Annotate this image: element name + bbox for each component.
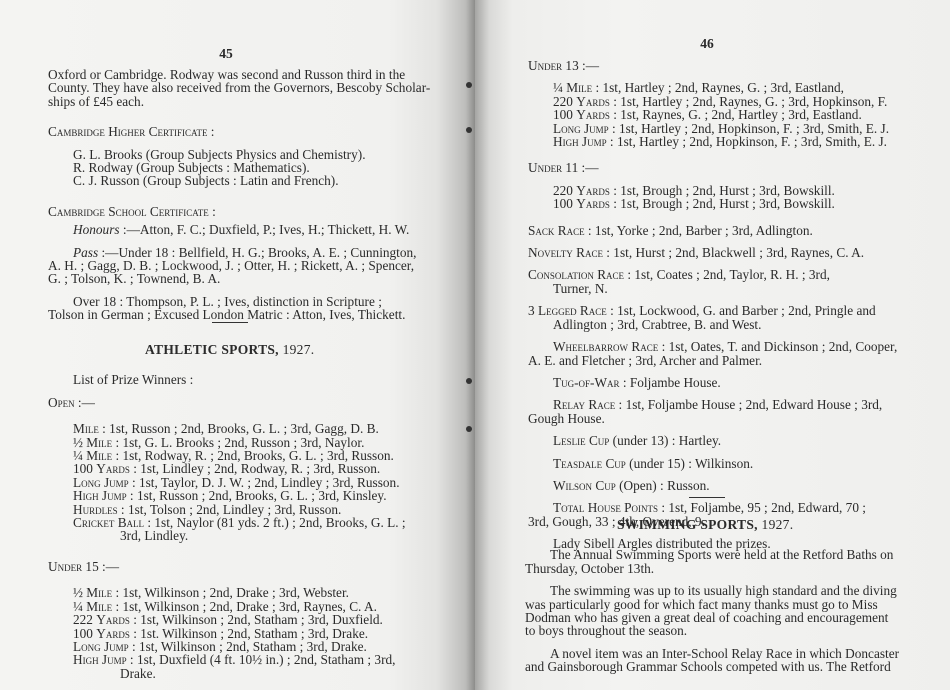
race-line: Novelty Race : 1st, Hurst ; 2nd, Blackwe… (528, 246, 890, 259)
text-line: The swimming was up to its usually high … (525, 584, 887, 597)
continuation-line: Turner, N. (528, 282, 890, 295)
event-line: Long Jump : 1st, Hartley ; 2nd, Hopkinso… (553, 122, 890, 135)
category-heading: Open :— (48, 396, 410, 409)
title-text: SWIMMING SPORTS, (617, 517, 758, 532)
cup-line: Teasdale Cup (under 15) : Wilkinson. (528, 457, 890, 470)
event-line: 100 Yards : 1st. Wilkinson ; 2nd, Statha… (73, 627, 410, 640)
event-line: 220 Yards : 1st, Brough ; 2nd, Hurst ; 3… (553, 184, 890, 197)
text-line: and Gainsborough Grammar Schools compete… (525, 660, 887, 673)
athletic-section: ATHLETIC SPORTS, 1927. List of Prize Win… (48, 343, 410, 680)
section-divider (212, 322, 248, 323)
binding-stitch (466, 82, 472, 88)
race-line: 3 Legged Race : 1st, Lockwood, G. and Ba… (528, 304, 890, 317)
title-year: 1927. (283, 342, 315, 357)
event-line: ¼ Mile : 1st, Rodway, R. ; 2nd, Brooks, … (73, 449, 410, 462)
section-title: SWIMMING SPORTS, 1927. (525, 518, 887, 531)
race-line: Wheelbarrow Race : 1st, Oates, T. and Di… (528, 340, 890, 353)
race-result: : Foljambe House. (620, 375, 721, 390)
race-line: Tug-of-War : Foljambe House. (528, 376, 890, 389)
text-line: was particularly good for which fact man… (525, 598, 887, 611)
event-line: Long Jump : 1st, Taylor, D. J. W. ; 2nd,… (73, 476, 410, 489)
text-line: The Annual Swimming Sports were held at … (525, 548, 887, 561)
event-line: 100 Yards : 1st, Brough ; 2nd, Hurst ; 3… (553, 197, 890, 210)
event-line: 100 Yards : 1st, Raynes, G. ; 2nd, Hartl… (553, 108, 890, 121)
page-number: 45 (206, 46, 246, 62)
text-line: G. ; Tolson, K. ; Townend, B. A. (48, 272, 410, 285)
event-line: Hurdles : 1st, Tolson ; 2nd, Lindley ; 3… (73, 503, 410, 516)
cup-result: (Open) : Russon. (616, 478, 710, 493)
right-page: 46 Under 13 :— ¼ Mile : 1st, Hartley ; 2… (475, 0, 950, 690)
honours-line: Honours :—Atton, F. C.; Duxfield, P.; Iv… (48, 223, 410, 236)
event-line: High Jump : 1st, Hartley ; 2nd, Hopkinso… (553, 135, 890, 148)
section-title: ATHLETIC SPORTS, 1927. (48, 343, 410, 356)
section-heading: Cambridge School Certificate : (48, 205, 410, 218)
points-line: Total House Points : 1st, Foljambe, 95 ;… (528, 501, 890, 514)
cup-line: Wilson Cup (Open) : Russon. (528, 479, 890, 492)
event-prefix: 100 (553, 196, 576, 211)
text-line: List of Prize Winners : (48, 373, 410, 386)
section-divider (689, 497, 725, 498)
text-line: C. J. Russon (Group Subjects : Latin and… (48, 174, 410, 187)
category-heading: Under 11 :— (528, 161, 890, 174)
binding-stitch (466, 127, 472, 133)
cup-result: (under 15) : Wilkinson. (626, 456, 753, 471)
under13-events: ¼ Mile : 1st, Hartley ; 2nd, Raynes, G. … (528, 81, 890, 148)
event-line: ½ Mile : 1st, G. L. Brooks ; 2nd, Russon… (73, 436, 410, 449)
cup-name: Teasdale Cup (553, 456, 626, 471)
text-line: Oxford or Cambridge. Rodway was second a… (48, 68, 410, 81)
text-span: :—Atton, F. C.; Duxfield, P.; Ives, H.; … (120, 222, 410, 237)
race-result: : 1st, Foljambe House ; 2nd, Edward Hous… (615, 397, 882, 412)
continuation-line: Drake. (73, 667, 410, 680)
continuation-line: Adlington ; 3rd, Crabtree, B. and West. (528, 318, 890, 331)
event-line: Long Jump : 1st, Wilkinson ; 2nd, Statha… (73, 640, 410, 653)
race-result: : 1st, Yorke ; 2nd, Barber ; 3rd, Adling… (585, 223, 813, 238)
event-name: High Jump (553, 134, 607, 149)
title-text: ATHLETIC SPORTS, (145, 342, 279, 357)
text-line: Dodman who has given a great deal of coa… (525, 611, 887, 624)
race-line: Relay Race : 1st, Foljambe House ; 2nd, … (528, 398, 890, 411)
section-heading: Cambridge Higher Certificate : (48, 125, 410, 138)
swimming-section: SWIMMING SPORTS, 1927. The Annual Swimmi… (525, 518, 887, 674)
event-name: High Jump (73, 652, 127, 667)
left-page-body: Oxford or Cambridge. Rodway was second a… (48, 68, 410, 322)
continuation-line: Gough House. (528, 412, 890, 425)
event-line: Cricket Ball : 1st, Naylor (81 yds. 2 ft… (73, 516, 410, 529)
cup-line: Leslie Cup (under 13) : Hartley. (528, 434, 890, 447)
text-line: Thursday, October 13th. (525, 562, 887, 575)
event-line: 222 Yards : 1st, Wilkinson ; 2nd, Statha… (73, 613, 410, 626)
category-heading: Under 13 :— (528, 59, 890, 72)
text-line: ships of £45 each. (48, 95, 410, 108)
race-name: Novelty Race (528, 245, 603, 260)
event-name: Yards (576, 196, 610, 211)
text-line: County. They have also received from the… (48, 81, 410, 94)
race-name: Tug-of-War (553, 375, 620, 390)
text-line: R. Rodway (Group Subjects : Mathematics)… (48, 161, 410, 174)
pass-line: Pass :—Under 18 : Bellfield, H. G.; Broo… (48, 246, 410, 259)
book-spread: 45 Oxford or Cambridge. Rodway was secon… (0, 0, 950, 690)
race-result: : 1st, Coates ; 2nd, Taylor, R. H. ; 3rd… (624, 267, 830, 282)
event-line: 100 Yards : 1st, Lindley ; 2nd, Rodway, … (73, 462, 410, 475)
event-line: 220 Yards : 1st, Hartley ; 2nd, Raynes, … (553, 95, 890, 108)
cup-name: Wilson Cup (553, 478, 616, 493)
event-line: Mile : 1st, Russon ; 2nd, Brooks, G. L. … (73, 422, 410, 435)
race-prefix: 3 (528, 303, 538, 318)
event-line: ¼ Mile : 1st, Hartley ; 2nd, Raynes, G. … (553, 81, 890, 94)
binding-stitch (466, 378, 472, 384)
cup-name: Leslie Cup (553, 433, 609, 448)
text-line: A. H. ; Gagg, D. B. ; Lockwood, J. ; Ott… (48, 259, 410, 272)
event-line: ½ Mile : 1st, Wilkinson ; 2nd, Drake ; 3… (73, 586, 410, 599)
honours-label: Honours (73, 222, 120, 237)
binding-stitch (466, 426, 472, 432)
event-result: : 1st, Hartley ; 2nd, Hopkinson, F. ; 3r… (607, 134, 887, 149)
race-name: Sack Race (528, 223, 585, 238)
text-line: Over 18 : Thompson, P. L. ; Ives, distin… (48, 295, 410, 308)
right-page-body: Under 13 :— ¼ Mile : 1st, Hartley ; 2nd,… (528, 59, 890, 551)
title-year: 1927. (762, 517, 794, 532)
text-line: G. L. Brooks (Group Subjects Physics and… (48, 148, 410, 161)
continuation-line: 3rd, Lindley. (73, 529, 410, 542)
event-result: : 1st, Duxfield (4 ft. 10½ in.) ; 2nd, S… (127, 652, 396, 667)
page-number: 46 (687, 36, 727, 52)
under11-events: 220 Yards : 1st, Brough ; 2nd, Hurst ; 3… (528, 184, 890, 211)
cup-result: (under 13) : Hartley. (609, 433, 721, 448)
event-line: High Jump : 1st, Russon ; 2nd, Brooks, G… (73, 489, 410, 502)
event-result: : 1st, Brough ; 2nd, Hurst ; 3rd, Bowski… (610, 196, 835, 211)
race-line: Consolation Race : 1st, Coates ; 2nd, Ta… (528, 268, 890, 281)
race-name: Wheelbarrow Race (553, 339, 658, 354)
text-line: to boys throughout the season. (525, 624, 887, 637)
event-line: High Jump : 1st, Duxfield (4 ft. 10½ in.… (73, 653, 410, 666)
continuation-line: A. E. and Fletcher ; 3rd, Archer and Pal… (528, 354, 890, 367)
race-result: : 1st, Oates, T. and Dickinson ; 2nd, Co… (658, 339, 897, 354)
under15-events: ½ Mile : 1st, Wilkinson ; 2nd, Drake ; 3… (48, 586, 410, 680)
category-heading: Under 15 :— (48, 560, 410, 573)
open-events: Mile : 1st, Russon ; 2nd, Brooks, G. L. … (48, 422, 410, 543)
left-page: 45 Oxford or Cambridge. Rodway was secon… (0, 0, 475, 690)
text-line: A novel item was an Inter-School Relay R… (525, 647, 887, 660)
race-result: : 1st, Hurst ; 2nd, Blackwell ; 3rd, Ray… (603, 245, 864, 260)
text-line: Tolson in German ; Excused London Matric… (48, 308, 410, 321)
race-line: Sack Race : 1st, Yorke ; 2nd, Barber ; 3… (528, 224, 890, 237)
event-line: ¼ Mile : 1st, Wilkinson ; 2nd, Drake ; 3… (73, 600, 410, 613)
